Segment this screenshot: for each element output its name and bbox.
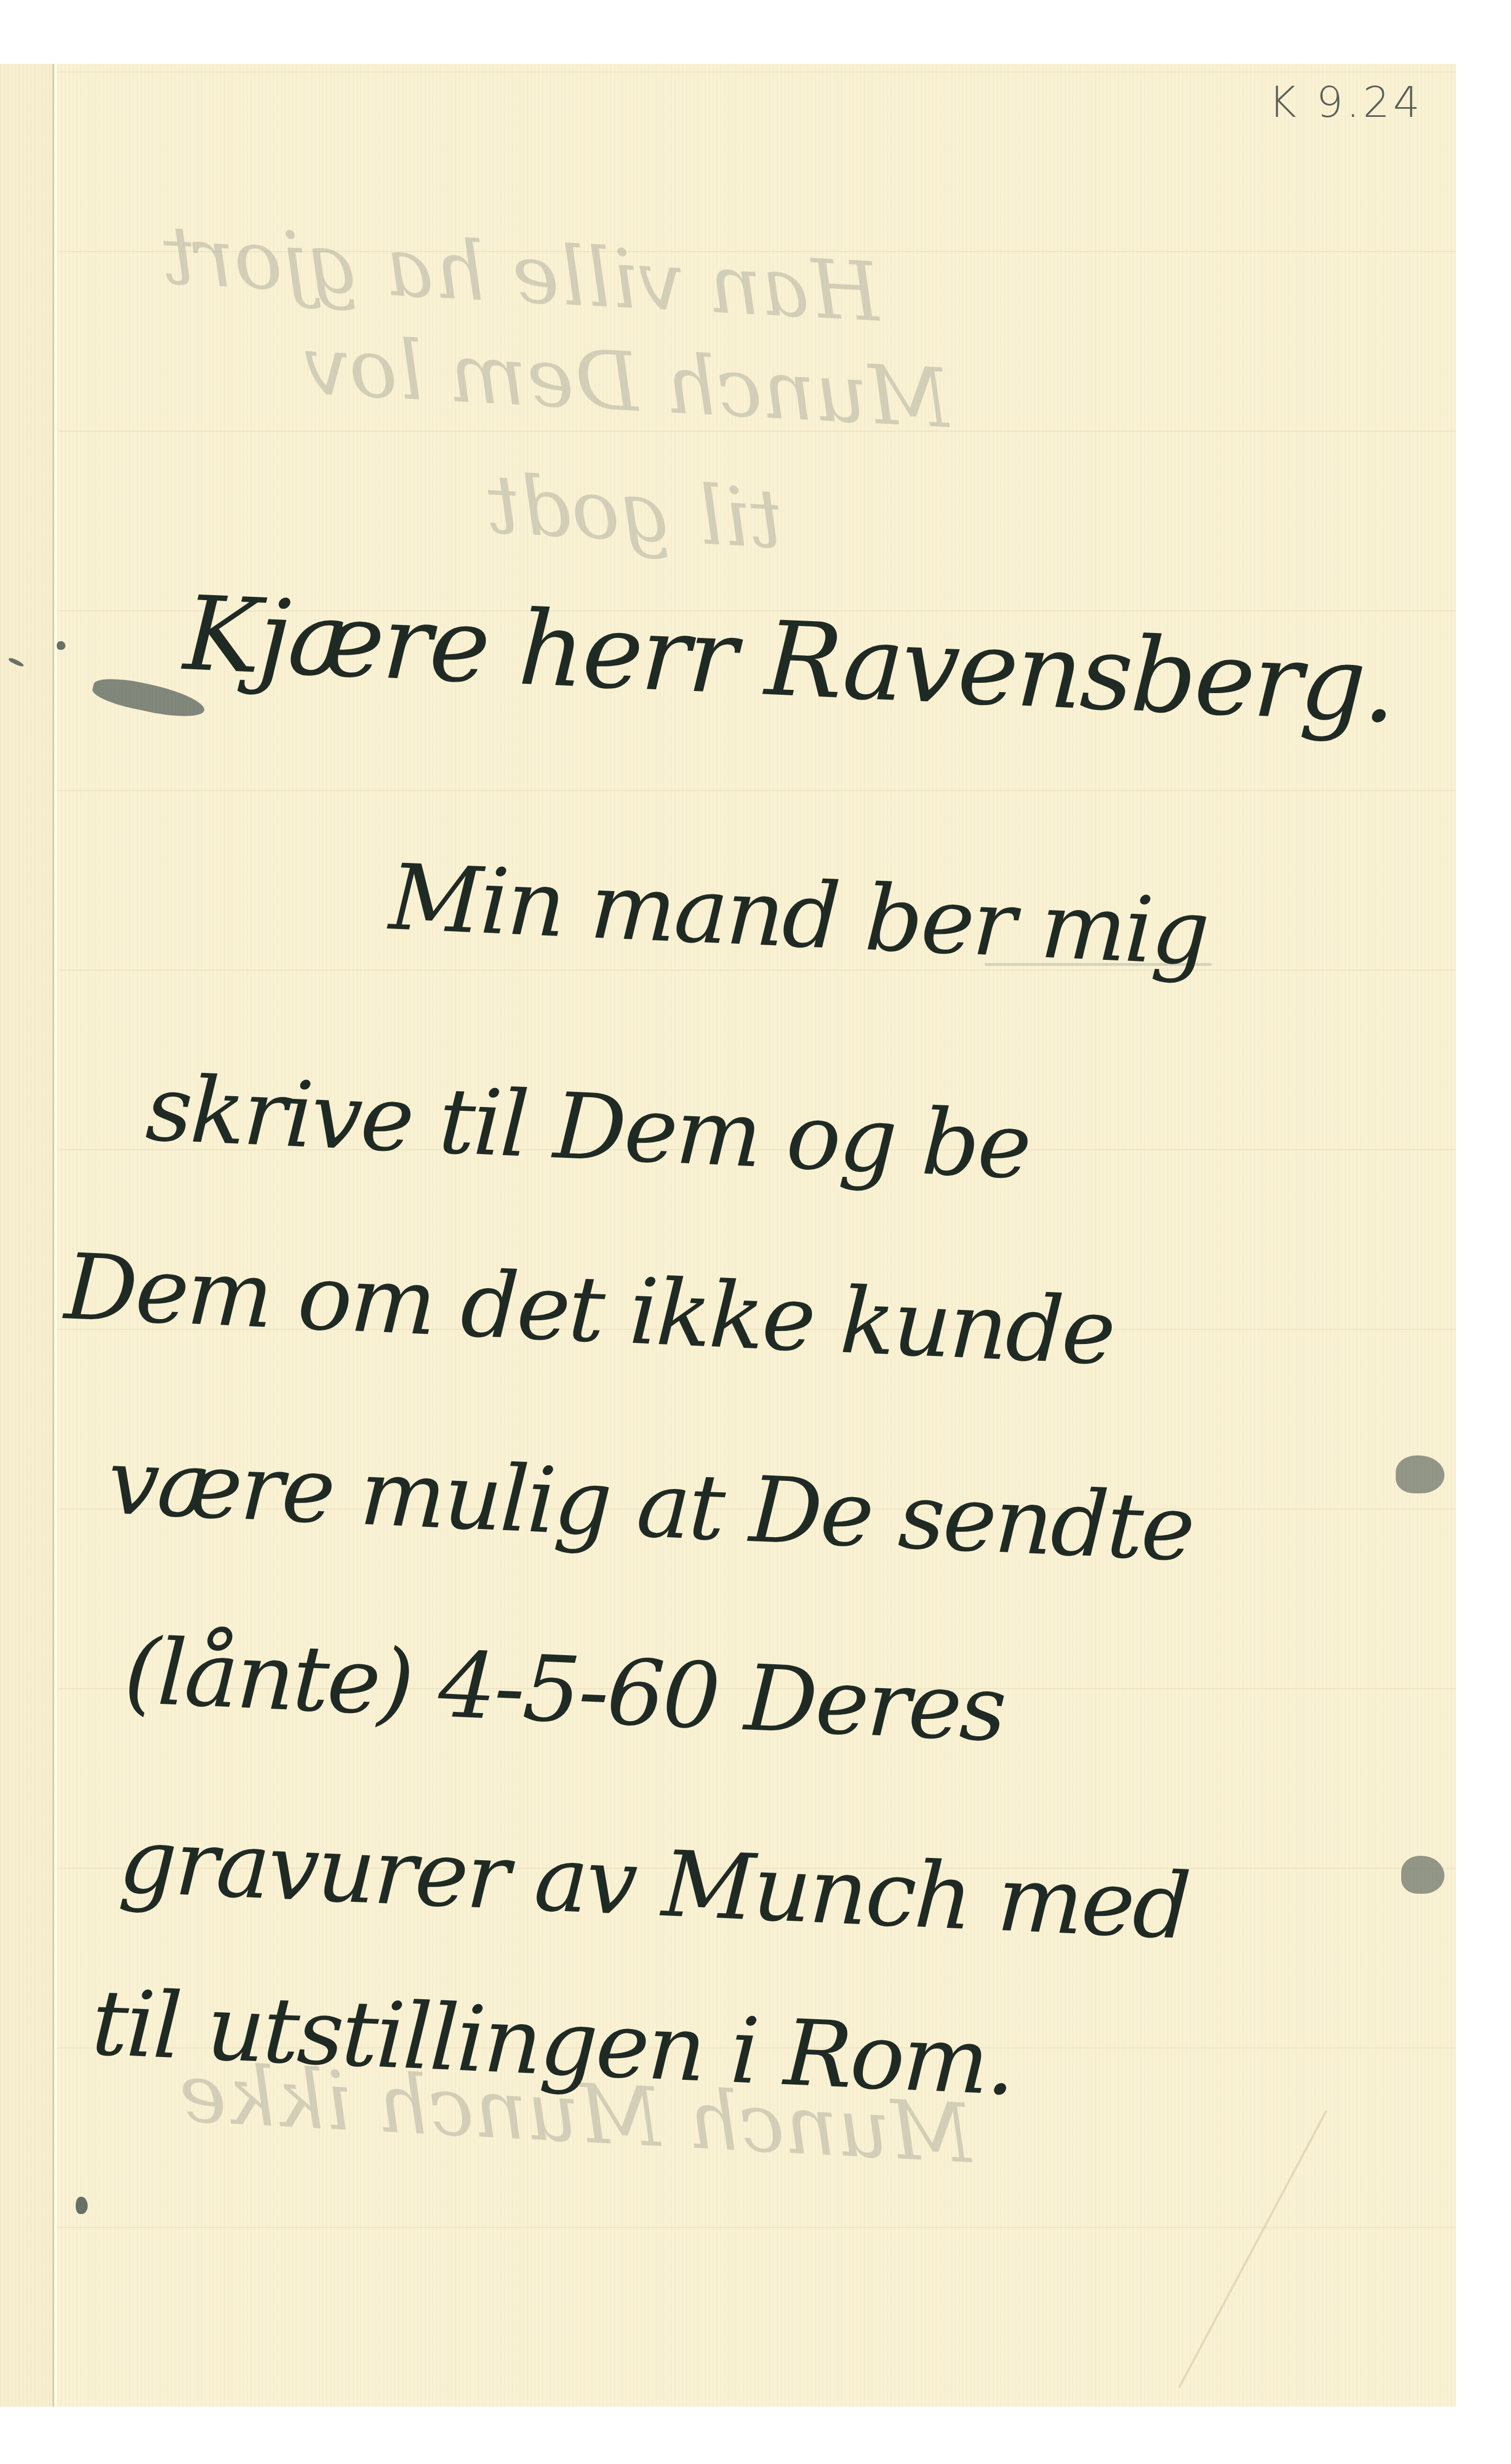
ink-dot [76,2197,88,2214]
archive-reference: K 9.24 [1269,78,1423,127]
adjacent-page-edge [0,64,54,2407]
ink-blot [1401,1856,1444,1894]
ink-blot [1396,1455,1444,1493]
bleed-through-line: til godt [485,458,785,567]
ink-dot [57,641,65,650]
